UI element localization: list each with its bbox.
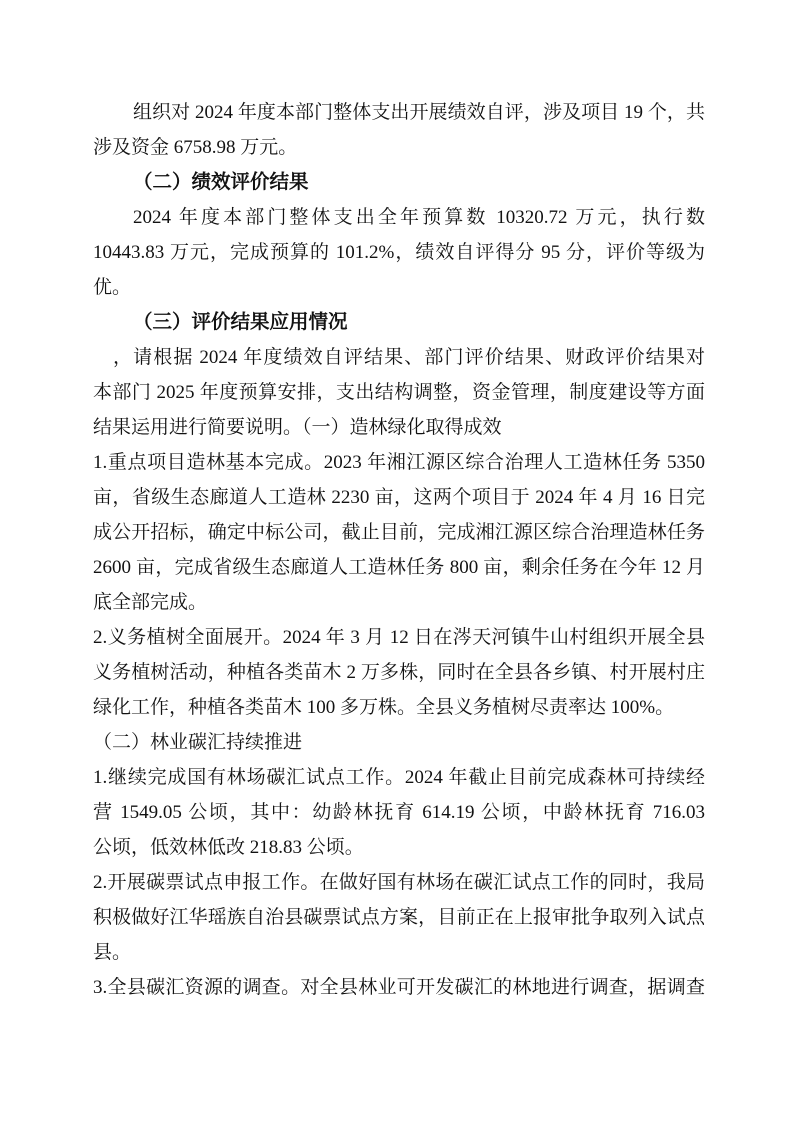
paragraph-line: 优。 [93, 270, 705, 305]
paragraph-line: （二）林业碳汇持续推进 [93, 725, 705, 760]
paragraph-line: ，请根据 2024 年度绩效自评结果、部门评价结果、财政评价结果对 [93, 340, 705, 375]
paragraph-line: 公顷，低效林低改 218.83 公顷。 [93, 830, 705, 865]
document-body: 组织对 2024 年度本部门整体支出开展绩效自评，涉及项目 19 个，共涉及资金… [93, 95, 705, 1005]
section-heading: （二）绩效评价结果 [93, 165, 705, 200]
paragraph-line: 营 1549.05 公顷，其中：幼龄林抚育 614.19 公顷，中龄林抚育 71… [93, 795, 705, 830]
document-page: 组织对 2024 年度本部门整体支出开展绩效自评，涉及项目 19 个，共涉及资金… [0, 0, 793, 1122]
section-heading: （三）评价结果应用情况 [93, 305, 705, 340]
paragraph-line: 本部门 2025 年度预算安排，支出结构调整，资金管理，制度建设等方面 [93, 375, 705, 410]
paragraph-line: 2.义务植树全面展开。2024 年 3 月 12 日在涔天河镇牛山村组织开展全县 [93, 620, 705, 655]
paragraph-line: 2.开展碳票试点申报工作。在做好国有林场在碳汇试点工作的同时，我局 [93, 865, 705, 900]
paragraph-line: 组织对 2024 年度本部门整体支出开展绩效自评，涉及项目 19 个，共 [93, 95, 705, 130]
paragraph-line: 义务植树活动，种植各类苗木 2 万多株，同时在全县各乡镇、村开展村庄 [93, 655, 705, 690]
paragraph-line: 涉及资金 6758.98 万元。 [93, 130, 705, 165]
paragraph-line: 成公开招标，确定中标公司，截止目前，完成湘江源区综合治理造林任务 [93, 515, 705, 550]
paragraph-line: 底全部完成。 [93, 585, 705, 620]
paragraph-line: 积极做好江华瑶族自治县碳票试点方案，目前正在上报审批争取列入试点 [93, 900, 705, 935]
paragraph-line: 1.继续完成国有林场碳汇试点工作。2024 年截止目前完成森林可持续经 [93, 760, 705, 795]
paragraph-line: 结果运用进行简要说明。（一）造林绿化取得成效 [93, 410, 705, 445]
paragraph-line: 绿化工作，种植各类苗木 100 多万株。全县义务植树尽责率达 100%。 [93, 690, 705, 725]
paragraph-line: 1.重点项目造林基本完成。2023 年湘江源区综合治理人工造林任务 5350 [93, 445, 705, 480]
paragraph-line: 3.全县碳汇资源的调查。对全县林业可开发碳汇的林地进行调查，据调查 [93, 970, 705, 1005]
paragraph-line: 10443.83 万元，完成预算的 101.2%，绩效自评得分 95 分，评价等… [93, 235, 705, 270]
paragraph-line: 亩，省级生态廊道人工造林 2230 亩，这两个项目于 2024 年 4 月 16… [93, 480, 705, 515]
paragraph-line: 2024 年度本部门整体支出全年预算数 10320.72 万元，执行数 [93, 200, 705, 235]
paragraph-line: 县。 [93, 935, 705, 970]
paragraph-line: 2600 亩，完成省级生态廊道人工造林任务 800 亩，剩余任务在今年 12 月 [93, 550, 705, 585]
